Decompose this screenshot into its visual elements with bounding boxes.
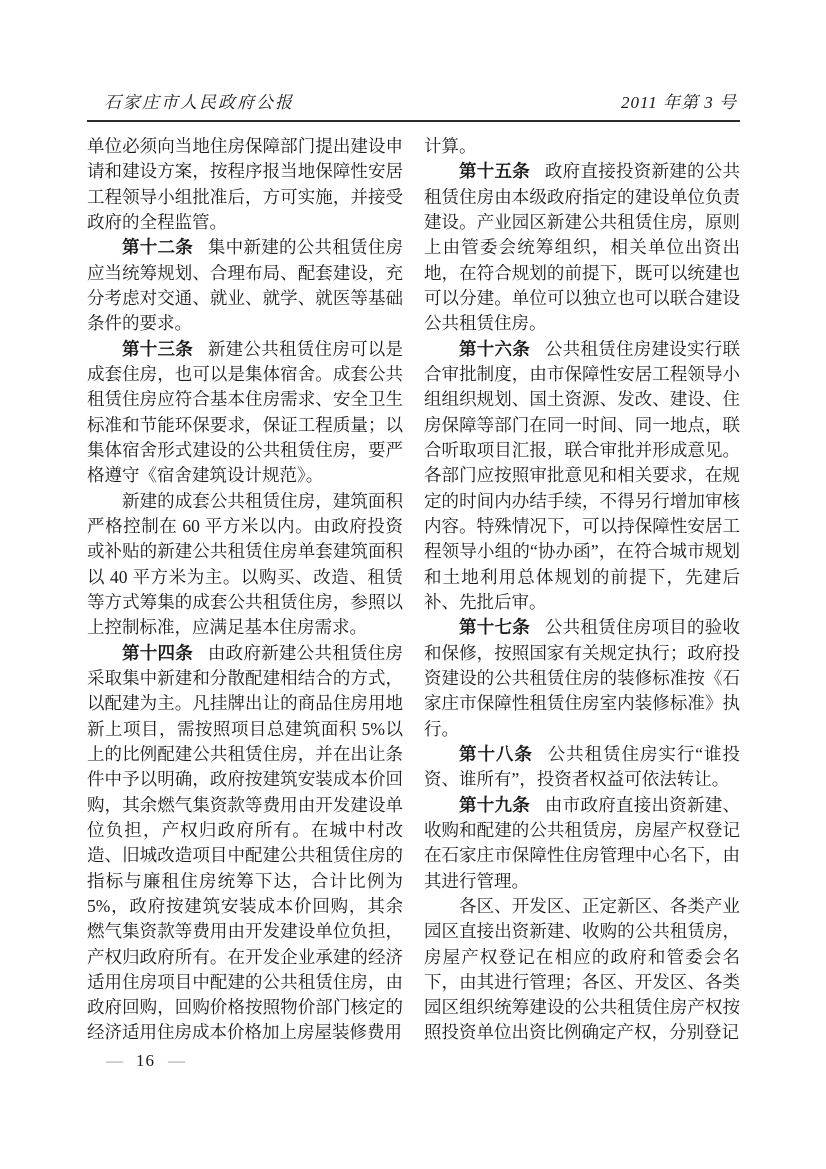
article-paragraph: 第十七条公共租赁住房项目的验收和保修，按照国家有关规定执行；政府投资建设的公共租…	[424, 615, 740, 742]
body-paragraph: 新建的成套公共租赁住房，建筑面积严格控制在 60 平方米以内。由政府投资或补贴的…	[87, 489, 403, 641]
article-number: 第十八条	[459, 744, 533, 764]
article-number: 第十九条	[459, 795, 530, 815]
header-rule	[87, 120, 740, 122]
article-paragraph: 第十九条由市政府直接出资新建、收购和配建的公共租赁房，房屋产权登记在石家庄市保障…	[424, 793, 740, 894]
page-footer: — 16 —	[106, 1051, 185, 1071]
body-paragraph: 计算。	[424, 134, 740, 159]
article-paragraph: 第十二条集中新建的公共租赁住房应当统筹规划、合理布局、配套建设，充分考虑对交通、…	[87, 235, 403, 336]
issue-label: 2011 年第 3 号	[621, 88, 737, 113]
page-number: 16	[136, 1051, 155, 1071]
article-columns: 单位必须向当地住房保障部门提出建设申请和建设方案，按程序报当地保障性安居工程领导…	[87, 134, 740, 1046]
article-paragraph: 第十四条由政府新建公共租赁住房采取集中新建和分散配建相结合的方式，以配建为主。凡…	[87, 641, 403, 1046]
body-paragraph: 各区、开发区、正定新区、各类产业园区直接出资新建、收购的公共租赁房，房屋产权登记…	[424, 894, 740, 1046]
article-number: 第十六条	[459, 339, 530, 359]
page-content: 石家庄市人民政府公报 2011 年第 3 号 单位必须向当地住房保障部门提出建设…	[87, 88, 740, 1046]
article-number: 第十二条	[122, 237, 193, 257]
article-paragraph: 第十三条新建公共租赁住房可以是成套住房，也可以是集体宿舍。成套公共租赁住房应符合…	[87, 337, 403, 489]
article-number: 第十四条	[122, 643, 193, 663]
article-number: 第十五条	[459, 161, 530, 181]
article-number: 第十七条	[459, 617, 530, 637]
footer-dash-left: —	[106, 1051, 123, 1071]
footer-dash-right: —	[168, 1051, 185, 1071]
gazette-page: 石家庄市人民政府公报 2011 年第 3 号 单位必须向当地住房保障部门提出建设…	[0, 0, 826, 1169]
page-header: 石家庄市人民政府公报 2011 年第 3 号	[87, 88, 740, 122]
left-column: 单位必须向当地住房保障部门提出建设申请和建设方案，按程序报当地保障性安居工程领导…	[87, 134, 403, 1046]
right-column: 计算。第十五条政府直接投资新建的公共租赁住房由本级政府指定的建设单位负责建设。产…	[424, 134, 740, 1046]
article-paragraph: 第十六条公共租赁住房建设实行联合审批制度，由市保障性安居工程领导小组组织规划、国…	[424, 337, 740, 616]
article-paragraph: 第十五条政府直接投资新建的公共租赁住房由本级政府指定的建设单位负责建设。产业园区…	[424, 159, 740, 336]
header-row: 石家庄市人民政府公报 2011 年第 3 号	[87, 88, 740, 120]
article-paragraph: 第十八条公共租赁住房实行“谁投资、谁所有”，投资者权益可依法转让。	[424, 742, 740, 793]
article-number: 第十三条	[122, 339, 193, 359]
body-paragraph: 单位必须向当地住房保障部门提出建设申请和建设方案，按程序报当地保障性安居工程领导…	[87, 134, 403, 235]
publication-title: 石家庄市人民政府公报	[104, 88, 294, 113]
